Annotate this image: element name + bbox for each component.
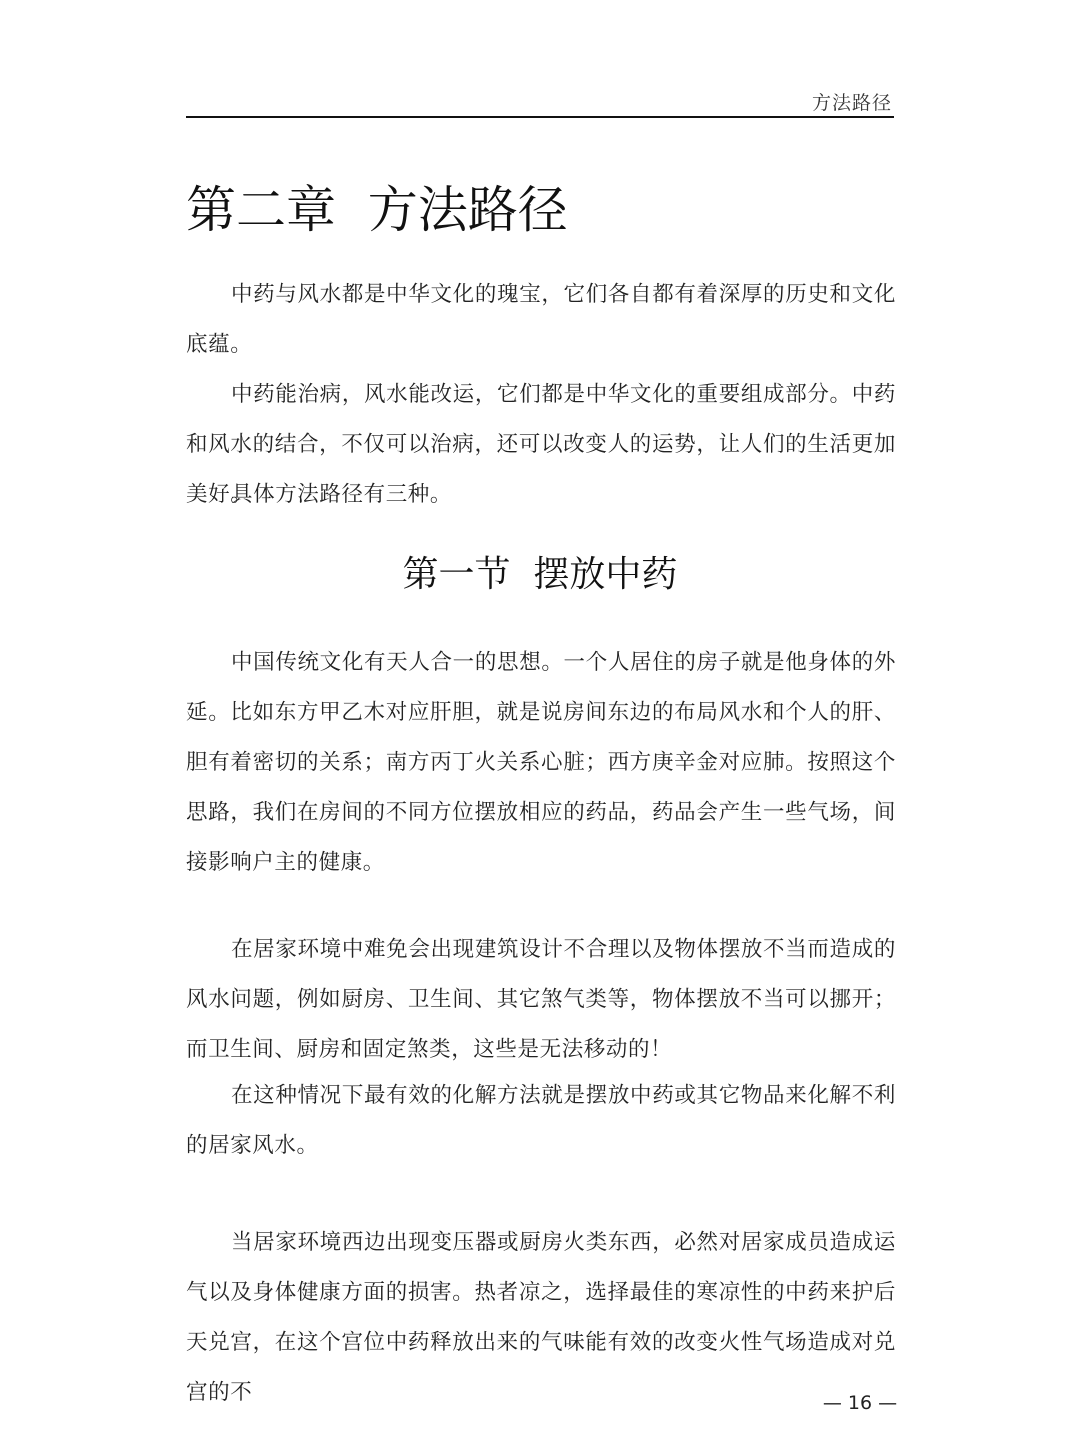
document-page: 方法路径 第二章 方法路径 中药与风水都是中华文化的瑰宝，它们各自都有着深厚的历… <box>0 0 1080 1447</box>
section-paragraph-3: 在这种情况下最有效的化解方法就是摆放中药或其它物品来化解不利的居家风水。 <box>186 1071 896 1171</box>
running-header-title: 方法路径 <box>812 88 892 115</box>
section-paragraph-2: 在居家环境中难免会出现建筑设计不合理以及物体摆放不当而造成的风水问题，例如厨房、… <box>186 925 896 1075</box>
running-header: 方法路径 <box>186 86 894 118</box>
intro-paragraph-1: 中药与风水都是中华文化的瑰宝，它们各自都有着深厚的历史和文化底蕴。 <box>186 270 896 370</box>
section-title: 第一节 摆放中药 <box>0 550 1080 600</box>
chapter-title: 第二章 方法路径 <box>186 178 568 242</box>
section-paragraph-1: 中国传统文化有天人合一的思想。一个人居住的房子就是他身体的外延。比如东方甲乙木对… <box>186 638 896 888</box>
section-paragraph-4: 当居家环境西边出现变压器或厨房火类东西，必然对居家成员造成运气以及身体健康方面的… <box>186 1218 896 1418</box>
page-number: — 16 — <box>820 1392 900 1414</box>
intro-paragraph-3: 具体方法路径有三种。 <box>186 470 896 520</box>
